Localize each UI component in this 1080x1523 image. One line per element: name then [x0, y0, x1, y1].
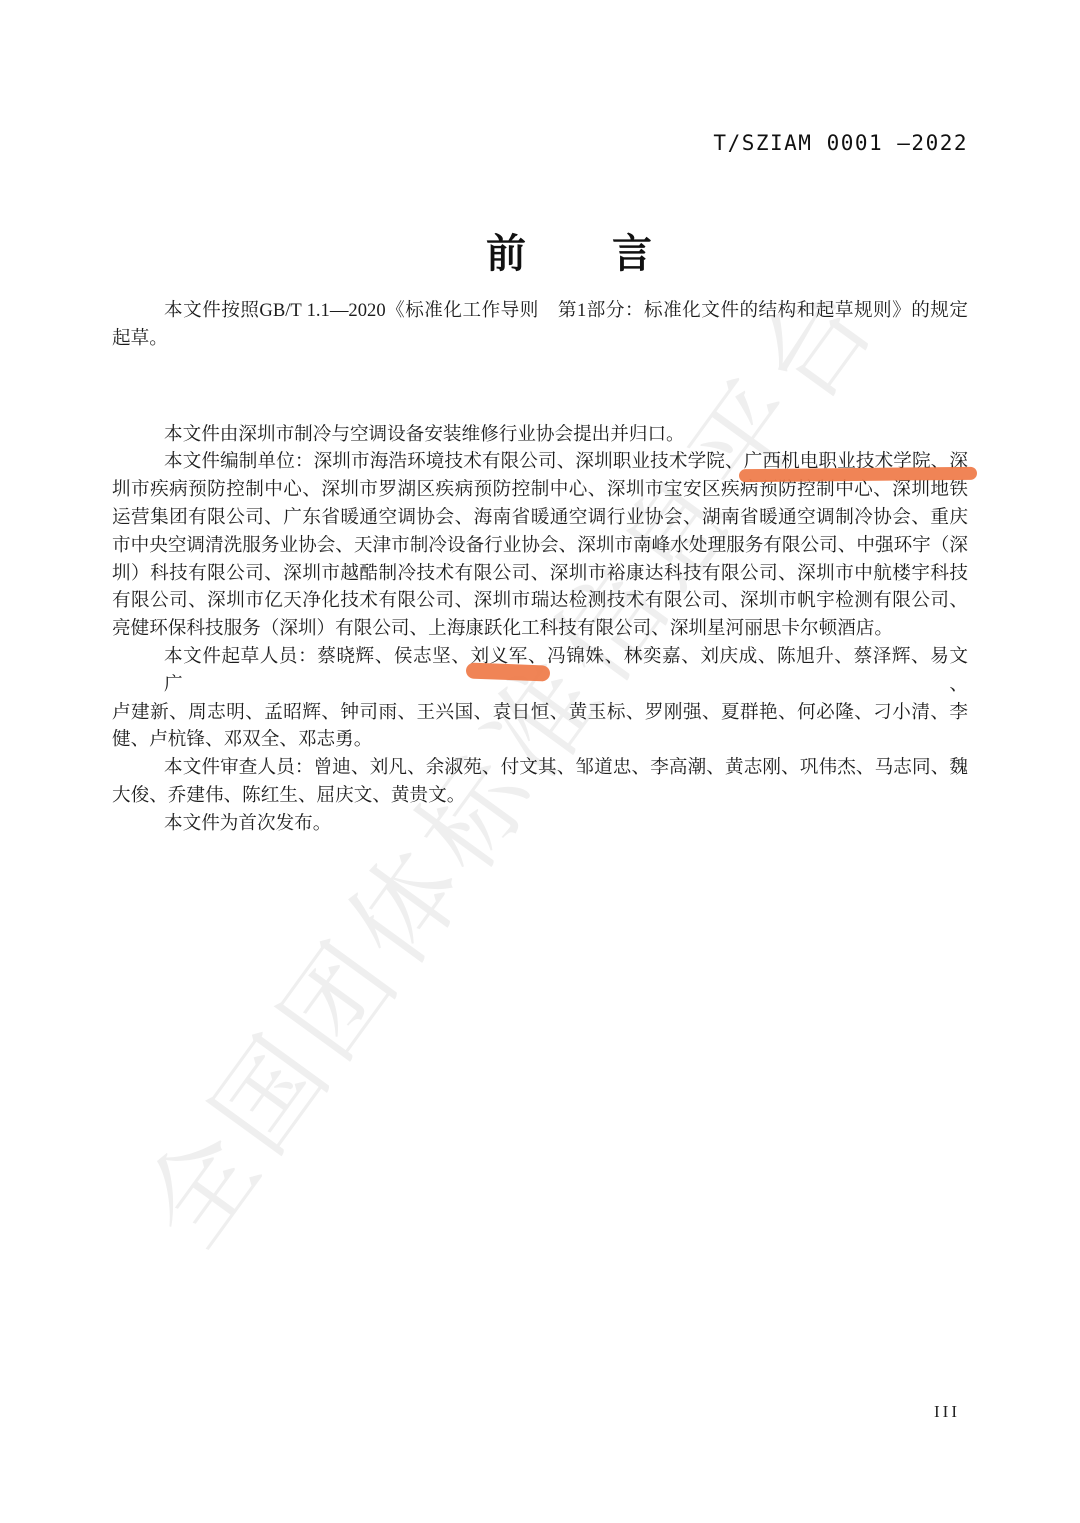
text-segment: 本文件按照GB/T 1.1—2020《标准化工作导则 第1部分：标准化文件的结构… [164, 300, 968, 321]
text-segment: 本文件起草人员：蔡晓辉、侯志坚、 [164, 646, 470, 667]
text-line: 本文件按照GB/T 1.1—2020《标准化工作导则 第1部分：标准化文件的结构… [112, 297, 968, 325]
document-page: { "header": { "doc_number": "T/SZIAM 000… [0, 0, 1080, 1523]
text-segment: 本文件为首次发布。 [164, 813, 331, 834]
text-line: 本文件审查人员：曾迪、刘凡、余淑苑、付文其、邹道忠、李高潮、黄志刚、巩伟杰、马志… [112, 754, 968, 782]
text-line: 起草。 [112, 325, 968, 353]
text-line: 市中央空调清洗服务业协会、天津市制冷设备行业协会、深圳市南峰水处理服务有限公司、… [112, 532, 968, 560]
text-segment: 有限公司、深圳市亿天净化技术有限公司、深圳市瑞达检测技术有限公司、深圳市帆宇检测… [112, 590, 968, 611]
drafting-personnel: 本文件起草人员：蔡晓辉、侯志坚、刘义军、冯锦姝、林奕嘉、刘庆成、陈旭升、蔡泽辉、… [112, 643, 968, 754]
document-body: 本文件按照GB/T 1.1—2020《标准化工作导则 第1部分：标准化文件的结构… [112, 297, 968, 838]
text-segment: 圳市疾病预防控制中心、深圳市罗湖区疾病预防控制中心、深圳市宝安区疾病预防控制中心… [112, 479, 968, 500]
review-personnel: 本文件审查人员：曾迪、刘凡、余淑苑、付文其、邹道忠、李高潮、黄志刚、巩伟杰、马志… [112, 754, 968, 810]
text-line: 健、卢杭锋、邓双全、邓志勇。 [112, 726, 968, 754]
text-segment: 本文件由深圳市制冷与空调设备安装维修行业协会提出并归口。 [164, 424, 685, 445]
first-release: 本文件为首次发布。 [112, 810, 968, 838]
text-segment: 本文件审查人员：曾迪、刘凡、余淑苑、付文其、邹道忠、李高潮、黄志刚、巩伟杰、马志… [164, 757, 968, 778]
text-line: 有限公司、深圳市亿天净化技术有限公司、深圳市瑞达检测技术有限公司、深圳市帆宇检测… [112, 587, 968, 615]
annotation-underline-a: 广西机电职业技术学院、深 [744, 451, 968, 472]
text-segment: 健、卢杭锋、邓双全、邓志勇。 [112, 729, 372, 750]
text-segment: 起草。 [112, 328, 168, 349]
standard-number: T/SZIAM 0001 —2022 [713, 131, 968, 155]
text-line: 本文件编制单位：深圳市海浩环境技术有限公司、深圳职业技术学院、广西机电职业技术学… [112, 448, 968, 476]
text-line: 本文件由深圳市制冷与空调设备安装维修行业协会提出并归口。 [112, 421, 968, 449]
text-line: 亮健环保科技服务（深圳）有限公司、上海康跃化工科技有限公司、深圳星河丽思卡尔顿酒… [112, 615, 968, 643]
text-line: 运营集团有限公司、广东省暖通空调协会、海南省暖通空调行业协会、湖南省暖通空调制冷… [112, 504, 968, 532]
text-line: 圳市疾病预防控制中心、深圳市罗湖区疾病预防控制中心、深圳市宝安区疾病预防控制中心… [112, 476, 968, 504]
text-line: 大俊、乔建伟、陈红生、屈庆文、黄贵文。 [112, 782, 968, 810]
text-segment: 市中央空调清洗服务业协会、天津市制冷设备行业协会、深圳市南峰水处理服务有限公司、… [112, 535, 968, 556]
drafting-basis: 本文件按照GB/T 1.1—2020《标准化工作导则 第1部分：标准化文件的结构… [112, 297, 968, 353]
text-segment: 卢建新、周志明、孟昭辉、钟司雨、王兴国、袁日恒、黄玉标、罗刚强、夏群艳、何必隆、… [112, 702, 968, 723]
text-segment: 亮健环保科技服务（深圳）有限公司、上海康跃化工科技有限公司、深圳星河丽思卡尔顿酒… [112, 618, 893, 639]
text-line: 圳）科技有限公司、深圳市越酷制冷技术有限公司、深圳市裕康达科技有限公司、深圳市中… [112, 560, 968, 588]
text-segment: 运营集团有限公司、广东省暖通空调协会、海南省暖通空调行业协会、湖南省暖通空调制冷… [112, 507, 968, 528]
page-title: 前 言 [0, 222, 1080, 279]
proposing-org: 本文件由深圳市制冷与空调设备安装维修行业协会提出并归口。 [112, 421, 968, 449]
text-segment: 本文件编制单位：深圳市海浩环境技术有限公司、深圳职业技术学院、 [164, 451, 744, 472]
text-segment: 大俊、乔建伟、陈红生、屈庆文、黄贵文。 [112, 785, 465, 806]
annotation-underline-b: 刘义军、 [470, 646, 547, 667]
text-line: 本文件为首次发布。 [112, 810, 968, 838]
text-line: 本文件起草人员：蔡晓辉、侯志坚、刘义军、冯锦姝、林奕嘉、刘庆成、陈旭升、蔡泽辉、… [112, 643, 968, 699]
page-number: III [934, 1402, 960, 1422]
drafting-organizations: 本文件编制单位：深圳市海浩环境技术有限公司、深圳职业技术学院、广西机电职业技术学… [112, 448, 968, 643]
text-line: 卢建新、周志明、孟昭辉、钟司雨、王兴国、袁日恒、黄玉标、罗刚强、夏群艳、何必隆、… [112, 699, 968, 727]
text-segment: 圳）科技有限公司、深圳市越酷制冷技术有限公司、深圳市裕康达科技有限公司、深圳市中… [112, 563, 968, 584]
